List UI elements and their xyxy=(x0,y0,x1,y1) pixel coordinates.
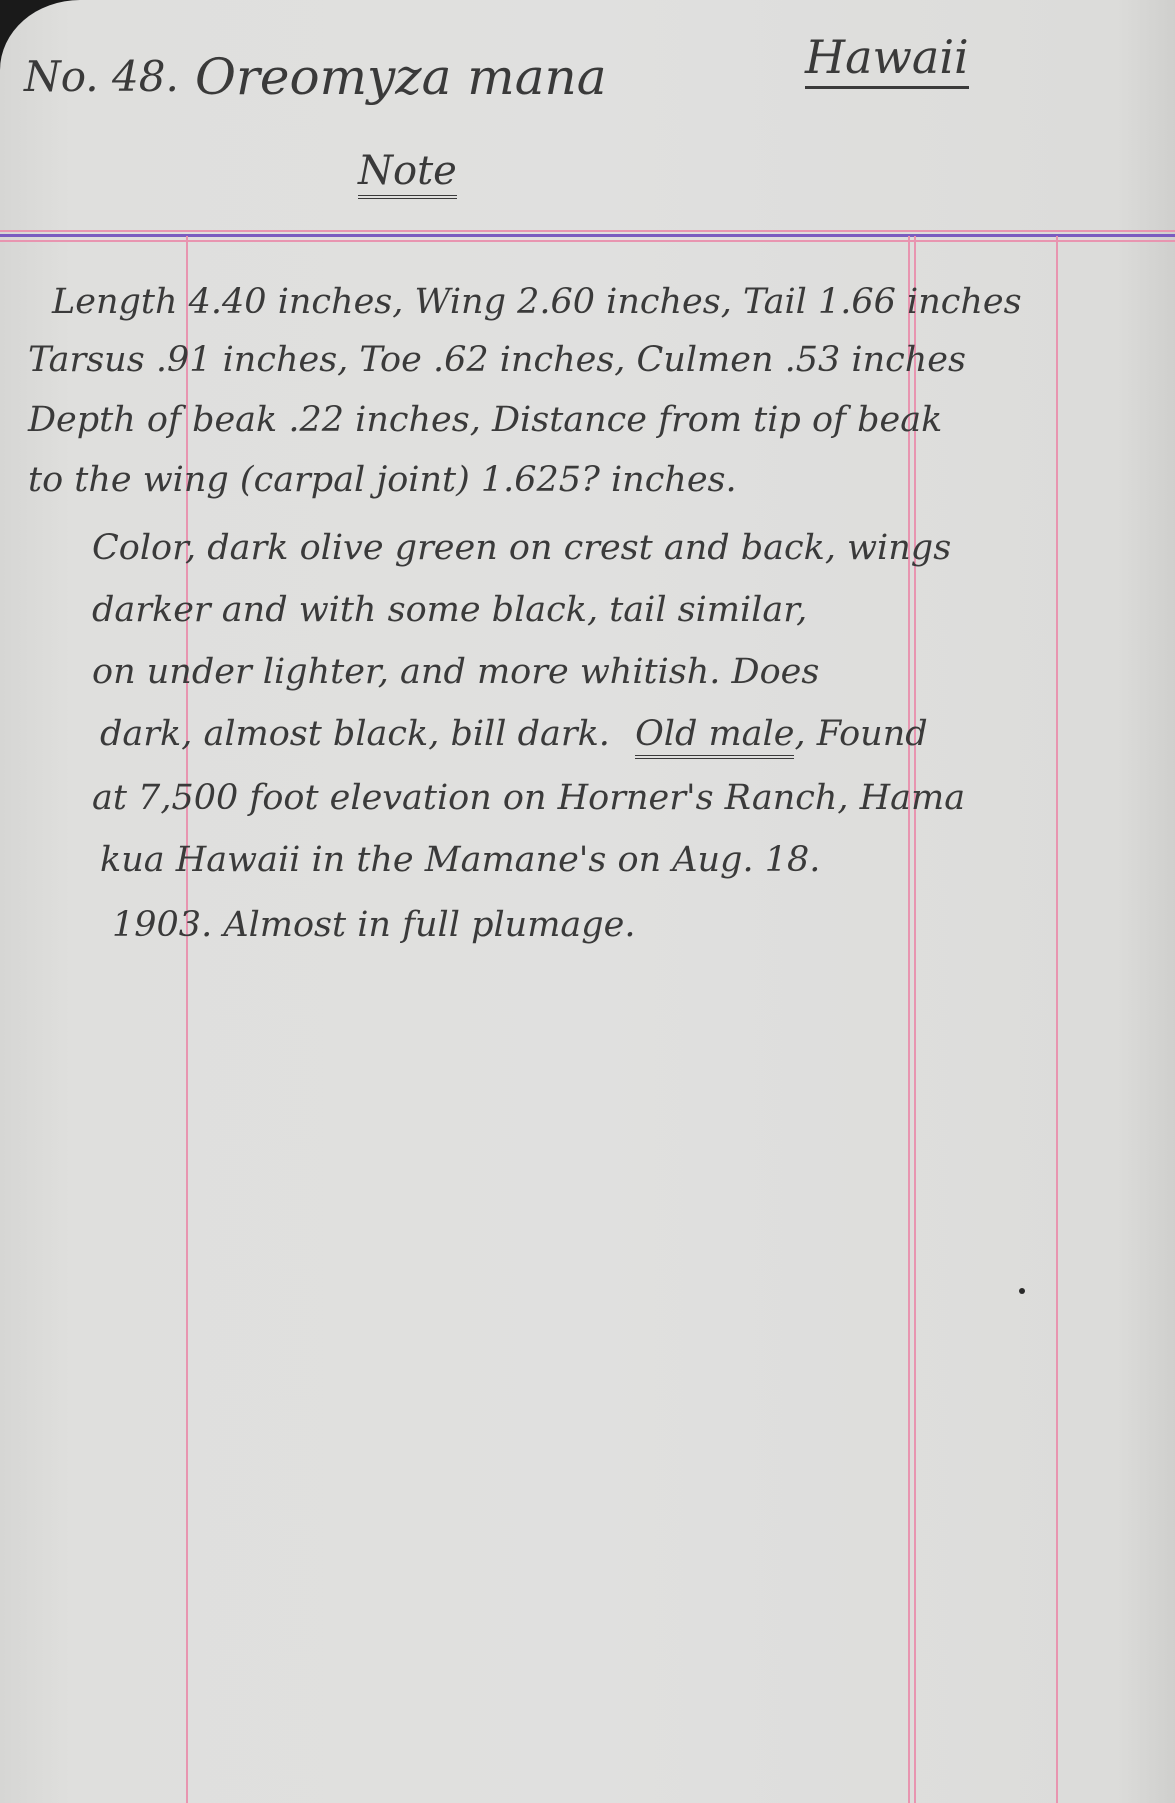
header-rule-pink-top xyxy=(0,230,1175,232)
body-line-4: to the wing (carpal joint) 1.625? inches… xyxy=(28,460,737,500)
sex-age-old-male: Old male xyxy=(635,714,794,759)
body-line-6: darker and with some black, tail similar… xyxy=(92,590,807,630)
entry-number: No. 48. xyxy=(24,52,179,101)
body-line-10: kua Hawaii in the Mamane's on Aug. 18. xyxy=(100,840,820,880)
notebook-page: No. 48. Oreomyza mana Hawaii Note Length… xyxy=(0,0,1175,1803)
species-name: Oreomyza mana xyxy=(195,48,607,106)
body-line-3: Depth of beak .22 inches, Distance from … xyxy=(28,400,942,440)
body-line-8-text: dark, almost black, bill dark. xyxy=(100,714,610,754)
body-line-8: dark, almost black, bill dark. Old male,… xyxy=(100,714,928,754)
section-label-note: Note xyxy=(358,148,457,199)
locality-heading: Hawaii xyxy=(805,30,969,89)
body-line-1: Length 4.40 inches, Wing 2.60 inches, Ta… xyxy=(52,282,1022,322)
header-rule-blue xyxy=(0,234,1175,237)
column-rule-double-b xyxy=(914,236,916,1803)
paper-speck xyxy=(1019,1288,1025,1294)
body-line-2: Tarsus .91 inches, Toe .62 inches, Culme… xyxy=(28,340,966,380)
body-line-5: Color, dark olive green on crest and bac… xyxy=(92,528,951,568)
body-line-7: on under lighter, and more whitish. Does xyxy=(92,652,819,692)
column-rule-right xyxy=(1056,236,1058,1803)
body-line-11: 1903. Almost in full plumage. xyxy=(112,905,636,945)
column-rule-double-a xyxy=(908,236,910,1803)
header-rule-pink-bottom xyxy=(0,240,1175,242)
page-corner-shadow xyxy=(0,0,40,40)
body-line-9: at 7,500 foot elevation on Horner's Ranc… xyxy=(92,778,965,818)
body-line-8-found: , Found xyxy=(794,714,927,754)
